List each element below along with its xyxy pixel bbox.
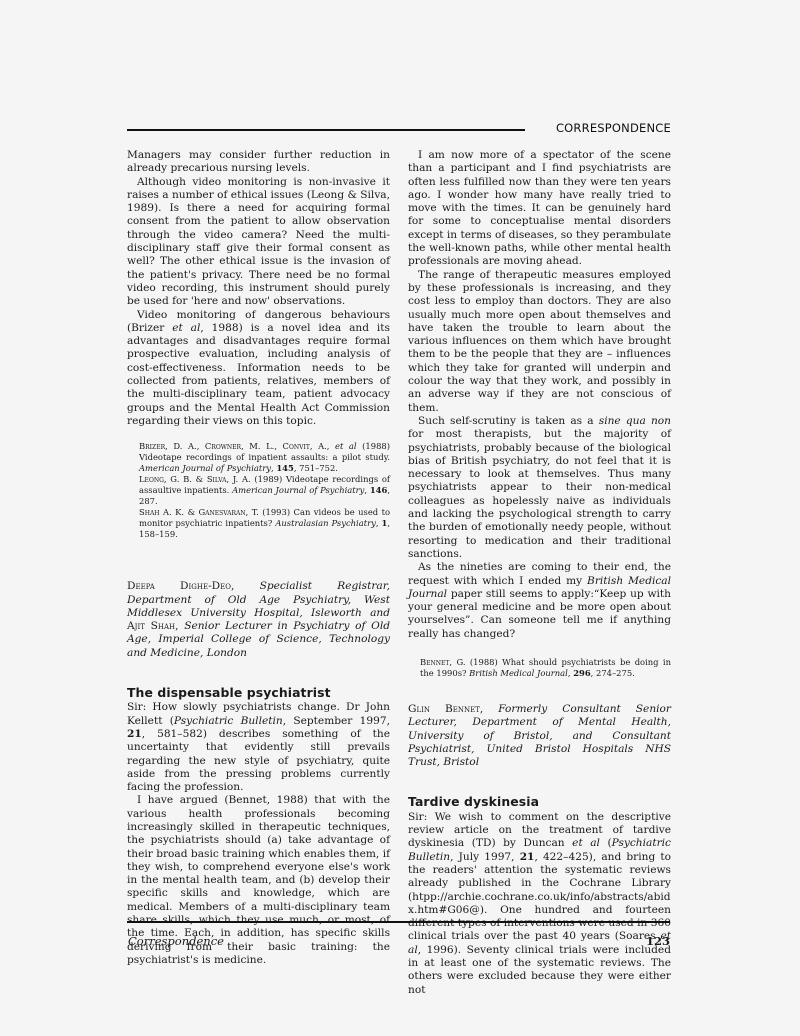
- author-signature: Deepa Dighe-Deo, Specialist Registrar, D…: [127, 580, 390, 660]
- reference-item: Leong, G. B. & Silva, J. A. (1989) Video…: [127, 474, 390, 507]
- reference-item: Bennet, G. (1988) What should psychiatri…: [408, 657, 671, 679]
- paragraph: Although video monitoring is non-invasiv…: [127, 176, 390, 309]
- running-head: CORRESPONDENCE: [531, 121, 671, 135]
- reference-item: Brizer, D. A., Crowner, M. L., Convit, A…: [127, 441, 390, 474]
- reference-item: Shah A. K. & Ganesvaran, T. (1993) Can v…: [127, 507, 390, 540]
- paragraph: Sir: We wish to comment on the descripti…: [408, 811, 671, 997]
- paragraph: Sir: How slowly psychiatrists change. Dr…: [127, 701, 390, 794]
- header-rule: [127, 129, 525, 131]
- paragraph: Video monitoring of dangerous behaviours…: [127, 309, 390, 429]
- paragraph: Managers may consider further reduction …: [127, 149, 390, 176]
- footer-rule: [127, 921, 670, 923]
- section-title: Tardive dyskinesia: [408, 795, 671, 808]
- paragraph: Such self-scrutiny is taken as a sine qu…: [408, 415, 671, 561]
- footer-section-name: Correspondence: [128, 934, 224, 948]
- paragraph: I am now more of a spectator of the scen…: [408, 149, 671, 269]
- page-number: 123: [600, 934, 670, 948]
- author-signature: Glin Bennet, Formerly Consultant Senior …: [408, 703, 671, 769]
- journal-page: CORRESPONDENCE Managers may consider fur…: [0, 0, 800, 1036]
- left-column: Managers may consider further reduction …: [127, 149, 390, 967]
- paragraph: As the nineties are coming to their end,…: [408, 561, 671, 641]
- section-title: The dispensable psychiatrist: [127, 686, 390, 699]
- right-column: I am now more of a spectator of the scen…: [408, 149, 671, 997]
- reference-list: Brizer, D. A., Crowner, M. L., Convit, A…: [127, 441, 390, 540]
- paragraph: The range of therapeutic measures employ…: [408, 269, 671, 415]
- reference-list: Bennet, G. (1988) What should psychiatri…: [408, 657, 671, 679]
